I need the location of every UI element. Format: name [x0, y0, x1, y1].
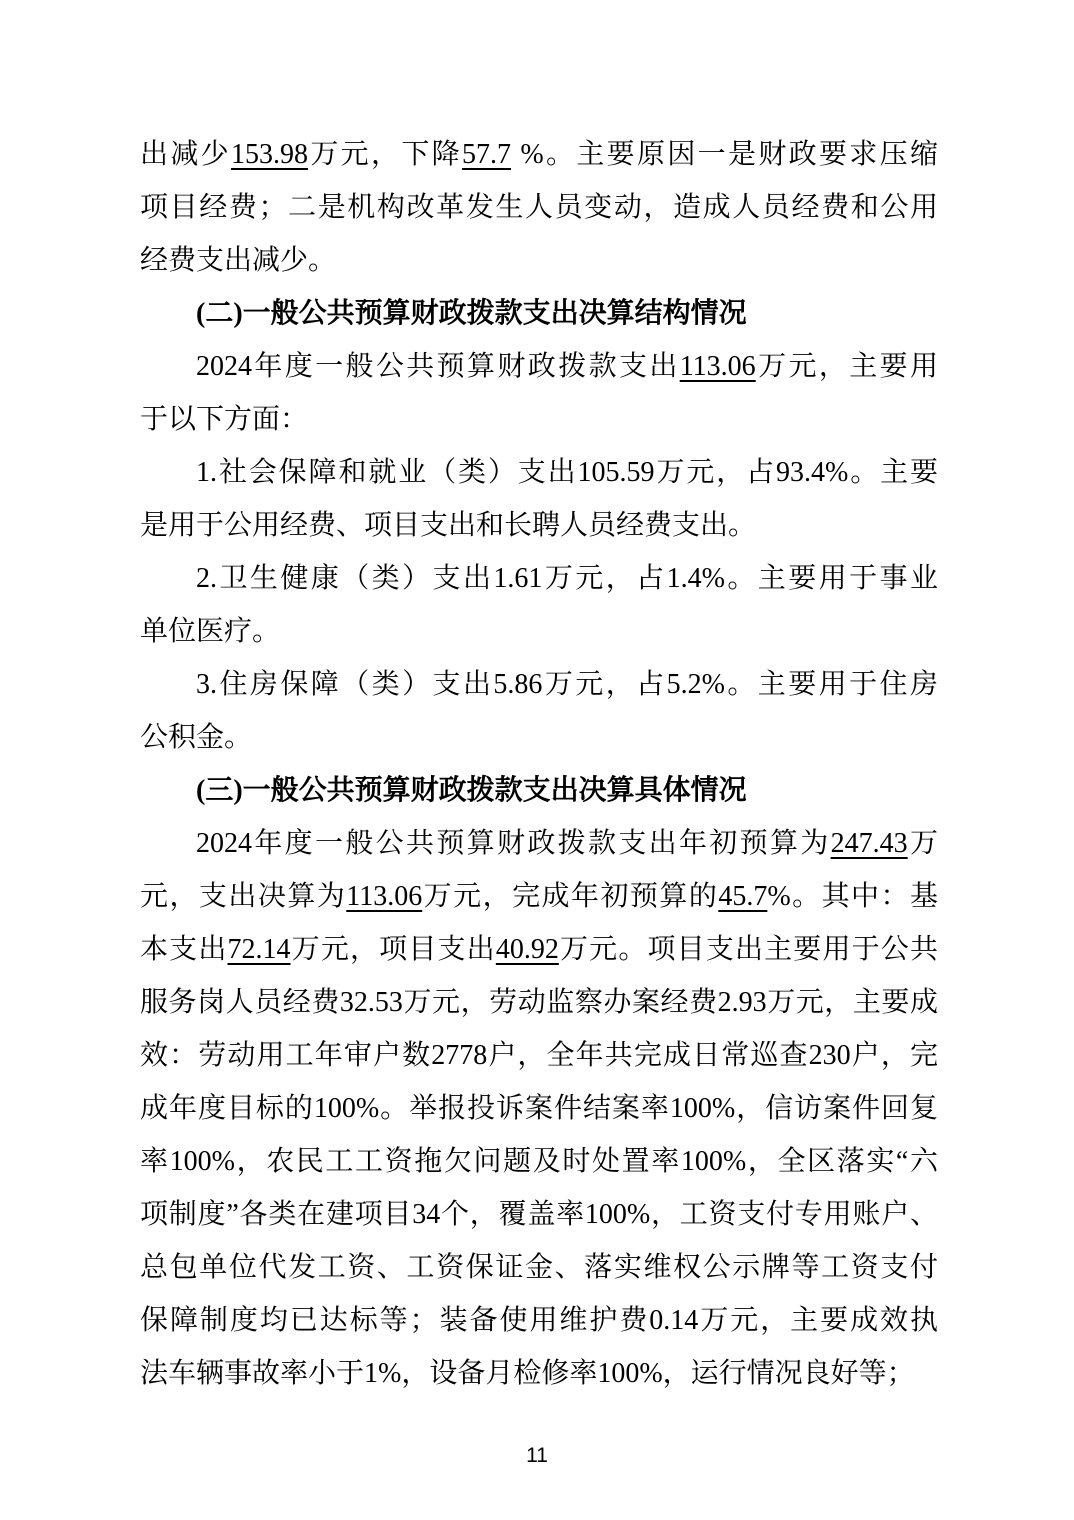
section-heading: (三)一般公共预算财政拨款支出决算具体情况 [140, 764, 938, 817]
text-run: 万元，主要用 [756, 351, 938, 382]
text-run: 于以下方面： [140, 404, 308, 435]
text-run: 万 [908, 828, 938, 859]
text-run: 2.卫生健康（类）支出1.61万元，占1.4%。主要用于事业 [196, 563, 938, 594]
underlined-value: 40.92 [496, 934, 559, 965]
paragraph: 1.社会保障和就业（类）支出105.59万元，占93.4%。主要是用于公用经费、… [140, 446, 938, 552]
text-line: 经费支出减少。 [140, 234, 938, 287]
paragraph: 2024年度一般公共预算财政拨款支出113.06万元，主要用于以下方面： [140, 340, 938, 446]
underlined-value: 113.06 [680, 351, 756, 382]
text-line: (二)一般公共预算财政拨款支出决算结构情况 [140, 287, 938, 340]
text-run: 项目经费；二是机构改革发生人员变动，造成人员经费和公用 [140, 192, 938, 223]
text-run: 元，支出决算为 [140, 881, 346, 912]
text-run: 服务岗人员经费32.53万元，劳动监察办案经费2.93万元，主要成 [140, 987, 938, 1018]
paragraph: 2.卫生健康（类）支出1.61万元，占1.4%。主要用于事业单位医疗。 [140, 552, 938, 658]
text-line: 2.卫生健康（类）支出1.61万元，占1.4%。主要用于事业 [140, 552, 938, 605]
text-run: 效：劳动用工年审户数2778户，全年共完成日常巡查230户，完 [140, 1040, 938, 1071]
text-line: 效：劳动用工年审户数2778户，全年共完成日常巡查230户，完 [140, 1029, 938, 1082]
underlined-value: 72.14 [228, 934, 291, 965]
text-line: 法车辆事故率小于1%，设备月检修率100%，运行情况良好等； [140, 1347, 938, 1400]
document-body: 出减少153.98万元，下降57.7 %。主要原因一是财政要求压缩项目经费；二是… [140, 128, 938, 1400]
document-page: 出减少153.98万元，下降57.7 %。主要原因一是财政要求压缩项目经费；二是… [0, 0, 1074, 1520]
underlined-value: 45.7 [718, 881, 767, 912]
page-number: 11 [0, 1444, 1074, 1468]
text-line: 成年度目标的100%。举报投诉案件结案率100%，信访案件回复 [140, 1082, 938, 1135]
text-line: 3.住房保障（类）支出5.86万元，占5.2%。主要用于住房 [140, 658, 938, 711]
underlined-value: 153.98 [231, 139, 308, 170]
text-run: 项制度”各类在建项目34个，覆盖率100%，工资支付专用账户、 [140, 1199, 938, 1230]
text-line: (三)一般公共预算财政拨款支出决算具体情况 [140, 764, 938, 817]
underlined-value: 247.43 [831, 828, 908, 859]
text-run: 1.社会保障和就业（类）支出105.59万元，占93.4%。主要 [196, 457, 938, 488]
text-line: 服务岗人员经费32.53万元，劳动监察办案经费2.93万元，主要成 [140, 976, 938, 1029]
text-line: 总包单位代发工资、工资保证金、落实维权公示牌等工资支付 [140, 1241, 938, 1294]
text-line: 单位医疗。 [140, 605, 938, 658]
section-heading: (二)一般公共预算财政拨款支出决算结构情况 [140, 287, 938, 340]
text-run: (二)一般公共预算财政拨款支出决算结构情况 [196, 298, 747, 329]
text-run: 单位医疗。 [140, 616, 280, 647]
text-run: %。主要原因一是财政要求压缩 [511, 139, 938, 170]
text-run: 经费支出减少。 [140, 245, 336, 276]
text-line: 于以下方面： [140, 393, 938, 446]
text-line: 公积金。 [140, 711, 938, 764]
text-run: 法车辆事故率小于1%，设备月检修率100%，运行情况良好等； [140, 1358, 915, 1389]
text-run: 2024年度一般公共预算财政拨款支出年初预算为 [196, 828, 831, 859]
underlined-value: 57.7 [462, 139, 511, 170]
text-run: 保障制度均已达标等；装备使用维护费0.14万元，主要成效执 [140, 1305, 938, 1336]
text-line: 2024年度一般公共预算财政拨款支出年初预算为247.43万 [140, 817, 938, 870]
text-run: %。其中：基 [767, 881, 938, 912]
text-run: 万元，项目支出 [291, 934, 496, 965]
paragraph: 出减少153.98万元，下降57.7 %。主要原因一是财政要求压缩项目经费；二是… [140, 128, 938, 287]
text-line: 项制度”各类在建项目34个，覆盖率100%，工资支付专用账户、 [140, 1188, 938, 1241]
text-line: 1.社会保障和就业（类）支出105.59万元，占93.4%。主要 [140, 446, 938, 499]
text-line: 出减少153.98万元，下降57.7 %。主要原因一是财政要求压缩 [140, 128, 938, 181]
text-run: 本支出 [140, 934, 228, 965]
text-line: 率100%，农民工工资拖欠问题及时处置率100%，全区落实“六 [140, 1135, 938, 1188]
text-run: (三)一般公共预算财政拨款支出决算具体情况 [196, 775, 747, 806]
text-run: 万元，完成年初预算的 [422, 881, 718, 912]
text-run: 率100%，农民工工资拖欠问题及时处置率100%，全区落实“六 [140, 1146, 938, 1177]
text-line: 保障制度均已达标等；装备使用维护费0.14万元，主要成效执 [140, 1294, 938, 1347]
text-run: 公积金。 [140, 722, 252, 753]
text-line: 是用于公用经费、项目支出和长聘人员经费支出。 [140, 499, 938, 552]
text-run: 3.住房保障（类）支出5.86万元，占5.2%。主要用于住房 [196, 669, 938, 700]
text-run: 万元。项目支出主要用于公共 [559, 934, 938, 965]
text-line: 项目经费；二是机构改革发生人员变动，造成人员经费和公用 [140, 181, 938, 234]
text-run: 万元，下降 [308, 139, 462, 170]
text-run: 成年度目标的100%。举报投诉案件结案率100%，信访案件回复 [140, 1093, 938, 1124]
paragraph: 3.住房保障（类）支出5.86万元，占5.2%。主要用于住房公积金。 [140, 658, 938, 764]
text-run: 是用于公用经费、项目支出和长聘人员经费支出。 [140, 510, 756, 541]
paragraph: 2024年度一般公共预算财政拨款支出年初预算为247.43万元，支出决算为113… [140, 817, 938, 1400]
text-line: 2024年度一般公共预算财政拨款支出113.06万元，主要用 [140, 340, 938, 393]
underlined-value: 113.06 [346, 881, 422, 912]
text-run: 2024年度一般公共预算财政拨款支出 [196, 351, 680, 382]
text-run: 总包单位代发工资、工资保证金、落实维权公示牌等工资支付 [140, 1252, 938, 1283]
text-line: 本支出72.14万元，项目支出40.92万元。项目支出主要用于公共 [140, 923, 938, 976]
text-run: 出减少 [140, 139, 231, 170]
text-line: 元，支出决算为113.06万元，完成年初预算的45.7%。其中：基 [140, 870, 938, 923]
